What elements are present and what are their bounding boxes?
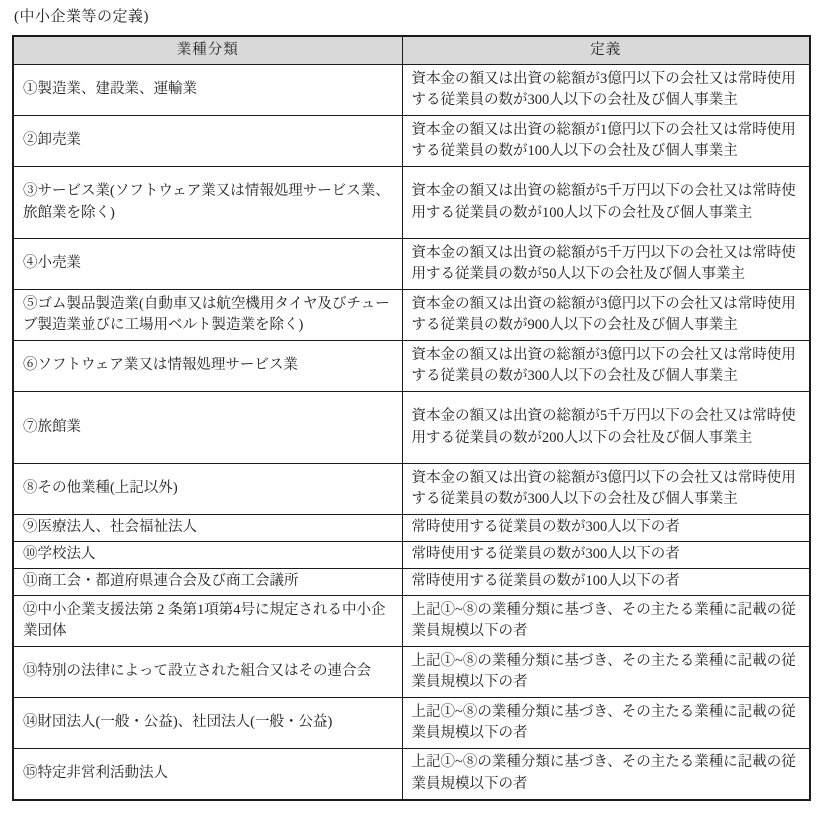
page-title: (中小企業等の定義) — [14, 8, 811, 28]
document-page: (中小企業等の定義) 業種分類 定義 ①製造業、建設業、運輸業 資本金の額又は出… — [0, 0, 821, 840]
definition-cell: 資本金の額又は出資の総額が3億円以下の会社又は常時使用する従業員の数が300人以… — [402, 464, 810, 515]
table-row-5: ⑤ゴム製品製造業(自動車又は航空機用タイヤ及びチューブ製造業並びに工場用ベルト製… — [13, 290, 810, 341]
definition-cell: 常時使用する従業員の数が300人以下の者 — [402, 542, 810, 569]
category-cell: ⑩学校法人 — [13, 542, 402, 569]
table-row-13: ⑬特別の法律によって設立された組合又はその連合会 上記①~⑧の業種分類に基づき、… — [13, 647, 810, 698]
table-row-10: ⑩学校法人 常時使用する従業員の数が300人以下の者 — [13, 542, 810, 569]
category-cell: ⑨医療法人、社会福祉法人 — [13, 515, 402, 542]
definition-cell: 資本金の額又は出資の総額が3億円以下の会社又は常時使用する従業員の数が300人以… — [402, 65, 810, 116]
category-cell: ⑫中小企業支援法第 2 条第1項第4号に規定される中小企業団体 — [13, 596, 402, 647]
category-cell: ③サービス業(ソフトウェア業又は情報処理サービス業、旅館業を除く) — [13, 167, 402, 239]
table-row-12: ⑫中小企業支援法第 2 条第1項第4号に規定される中小企業団体 上記①~⑧の業種… — [13, 596, 810, 647]
definition-cell: 上記①~⑧の業種分類に基づき、その主たる業種に記載の従業員規模以下の者 — [402, 749, 810, 800]
definition-cell: 資本金の額又は出資の総額が5千万円以下の会社又は常時使用する従業員の数が200人… — [402, 392, 810, 464]
definition-cell: 常時使用する従業員の数が300人以下の者 — [402, 515, 810, 542]
table-row-1: ①製造業、建設業、運輸業 資本金の額又は出資の総額が3億円以下の会社又は常時使用… — [13, 65, 810, 116]
definition-cell: 資本金の額又は出資の総額が5千万円以下の会社又は常時使用する従業員の数が50人以… — [402, 239, 810, 290]
category-cell: ⑦旅館業 — [13, 392, 402, 464]
category-cell: ⑬特別の法律によって設立された組合又はその連合会 — [13, 647, 402, 698]
column-header-industry-classification: 業種分類 — [13, 36, 402, 65]
definition-cell: 資本金の額又は出資の総額が5千万円以下の会社又は常時使用する従業員の数が100人… — [402, 167, 810, 239]
definition-cell: 上記①~⑧の業種分類に基づき、その主たる業種に記載の従業員規模以下の者 — [402, 698, 810, 749]
table-row-6: ⑥ソフトウェア業又は情報処理サービス業 資本金の額又は出資の総額が3億円以下の会… — [13, 341, 810, 392]
definition-cell: 資本金の額又は出資の総額が1億円以下の会社又は常時使用する従業員の数が100人以… — [402, 116, 810, 167]
category-cell: ①製造業、建設業、運輸業 — [13, 65, 402, 116]
table-row-7: ⑦旅館業 資本金の額又は出資の総額が5千万円以下の会社又は常時使用する従業員の数… — [13, 392, 810, 464]
category-cell: ⑮特定非営利活動法人 — [13, 749, 402, 800]
column-header-definition: 定義 — [402, 36, 810, 65]
category-cell: ⑤ゴム製品製造業(自動車又は航空機用タイヤ及びチューブ製造業並びに工場用ベルト製… — [13, 290, 402, 341]
category-cell: ⑥ソフトウェア業又は情報処理サービス業 — [13, 341, 402, 392]
category-cell: ②卸売業 — [13, 116, 402, 167]
category-cell: ⑭財団法人(一般・公益)、社団法人(一般・公益) — [13, 698, 402, 749]
sme-definition-table: 業種分類 定義 ①製造業、建設業、運輸業 資本金の額又は出資の総額が3億円以下の… — [12, 35, 811, 801]
table-row-9: ⑨医療法人、社会福祉法人 常時使用する従業員の数が300人以下の者 — [13, 515, 810, 542]
definition-cell: 上記①~⑧の業種分類に基づき、その主たる業種に記載の従業員規模以下の者 — [402, 647, 810, 698]
definition-cell: 常時使用する従業員の数が100人以下の者 — [402, 569, 810, 596]
table-row-8: ⑧その他業種(上記以外) 資本金の額又は出資の総額が3億円以下の会社又は常時使用… — [13, 464, 810, 515]
category-cell: ⑪商工会・都道府県連合会及び商工会議所 — [13, 569, 402, 596]
table-row-4: ④小売業 資本金の額又は出資の総額が5千万円以下の会社又は常時使用する従業員の数… — [13, 239, 810, 290]
table-row-3: ③サービス業(ソフトウェア業又は情報処理サービス業、旅館業を除く) 資本金の額又… — [13, 167, 810, 239]
table-row-11: ⑪商工会・都道府県連合会及び商工会議所 常時使用する従業員の数が100人以下の者 — [13, 569, 810, 596]
table-row-2: ②卸売業 資本金の額又は出資の総額が1億円以下の会社又は常時使用する従業員の数が… — [13, 116, 810, 167]
definition-cell: 資本金の額又は出資の総額が3億円以下の会社又は常時使用する従業員の数が300人以… — [402, 341, 810, 392]
table-header-row: 業種分類 定義 — [13, 36, 810, 65]
category-cell: ④小売業 — [13, 239, 402, 290]
category-cell: ⑧その他業種(上記以外) — [13, 464, 402, 515]
definition-cell: 資本金の額又は出資の総額が3億円以下の会社又は常時使用する従業員の数が900人以… — [402, 290, 810, 341]
table-row-14: ⑭財団法人(一般・公益)、社団法人(一般・公益) 上記①~⑧の業種分類に基づき、… — [13, 698, 810, 749]
definition-cell: 上記①~⑧の業種分類に基づき、その主たる業種に記載の従業員規模以下の者 — [402, 596, 810, 647]
table-row-15: ⑮特定非営利活動法人 上記①~⑧の業種分類に基づき、その主たる業種に記載の従業員… — [13, 749, 810, 800]
